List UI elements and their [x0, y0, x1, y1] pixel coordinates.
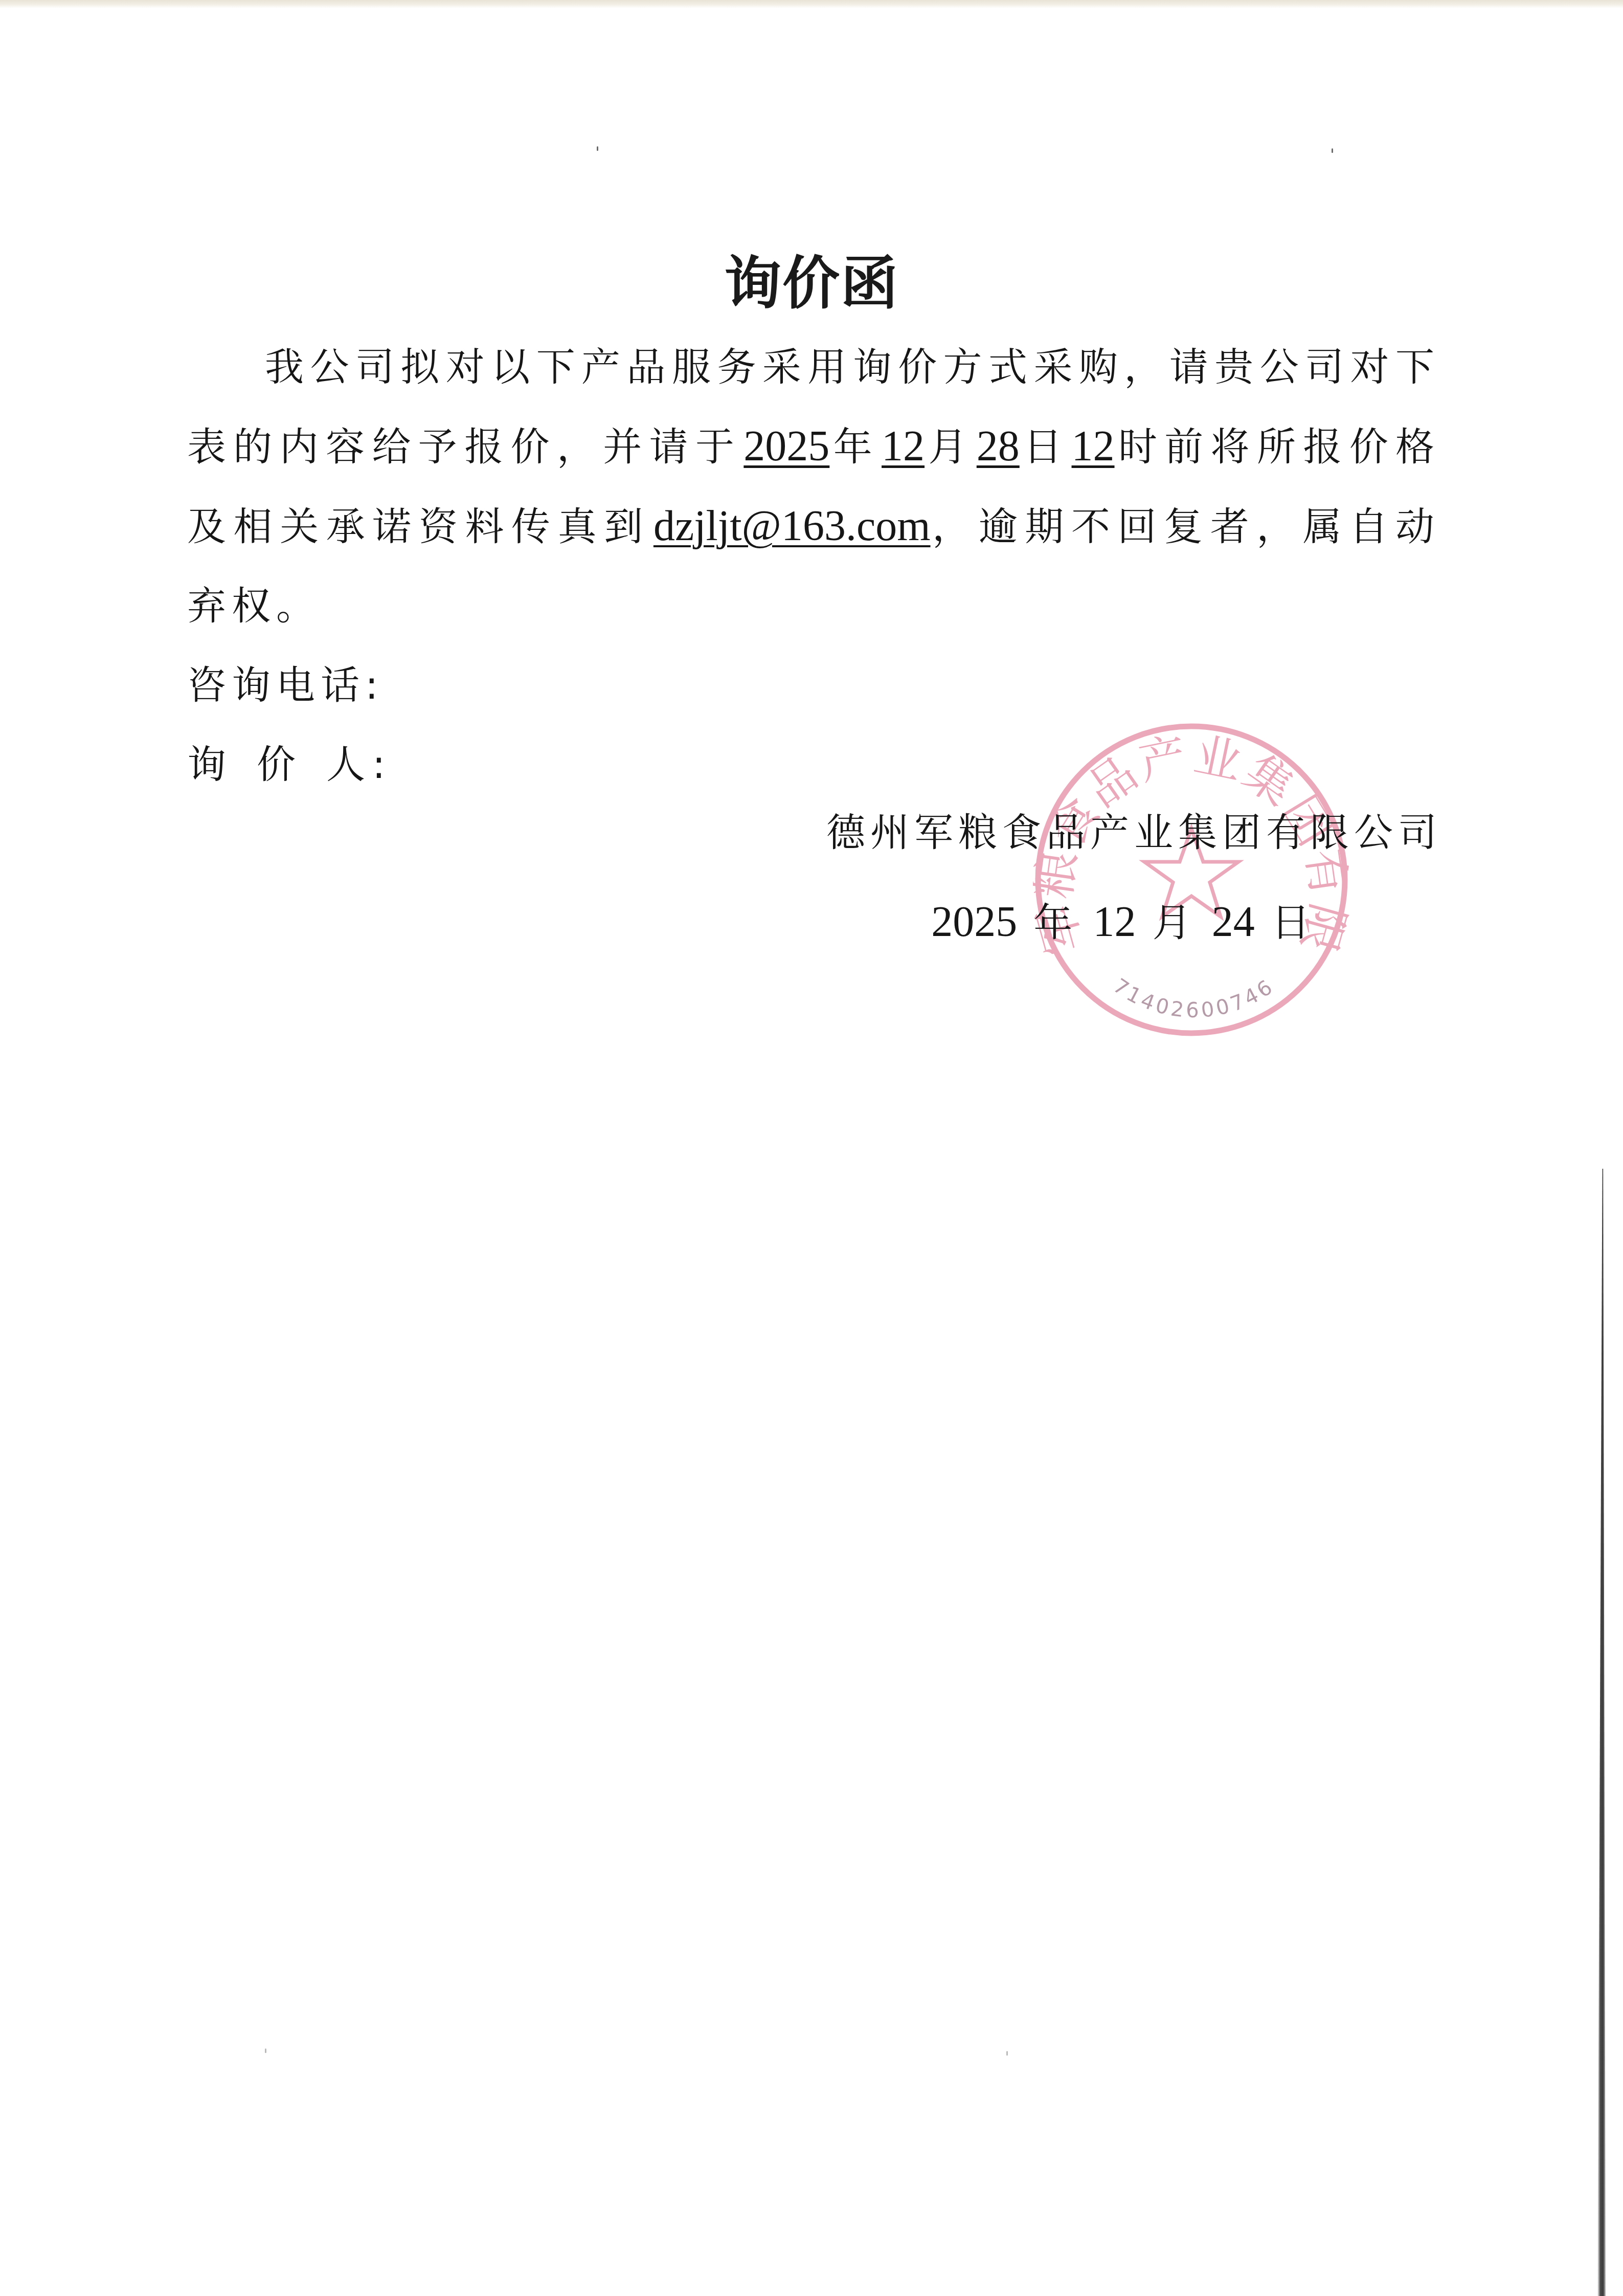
inquirer-label-char: 人 [326, 742, 372, 787]
scan-border-right [1597, 1169, 1606, 2296]
year-unit: 年 [831, 424, 880, 470]
date-month: 12 [1093, 898, 1136, 946]
document-title: 询价函 [0, 248, 1623, 320]
phone-field: 咨询电话: [187, 645, 1440, 725]
month-unit: 月 [927, 424, 975, 470]
date-month-unit: 月 [1153, 900, 1196, 945]
date-day-unit: 日 [1271, 900, 1314, 945]
contact-email-link[interactable]: dzjljt@163.com [650, 502, 931, 550]
scan-speck [1006, 2051, 1008, 2056]
scan-speck [597, 146, 598, 151]
date-year-unit: 年 [1033, 900, 1076, 945]
inquirer-label-char: 询 [187, 742, 257, 787]
deadline-hour: 12 [1070, 422, 1117, 470]
inquirer-label-char: 价 [257, 742, 326, 787]
deadline-year: 2025 [741, 422, 831, 470]
inquirer-colon: : [372, 742, 391, 787]
deadline-month: 12 [880, 422, 927, 470]
date-day: 24 [1212, 898, 1255, 946]
deadline-day: 28 [975, 422, 1022, 470]
date-year: 2025 [931, 898, 1017, 946]
phone-label: 咨询电话: [187, 662, 384, 708]
signature-block: 德州军粮食品产业集团有限公司 2025 年 12 月 24 日 [818, 788, 1442, 967]
scan-border-top [0, 0, 1623, 8]
inquiry-paragraph: 我公司拟对以下产品服务采用询价方式采购，请贵公司对下表的内容给予报价，并请于20… [187, 327, 1440, 645]
scan-speck [1332, 148, 1333, 153]
signature-company-name: 德州军粮食品产业集团有限公司 [818, 788, 1442, 877]
scan-speck [265, 2048, 266, 2053]
signature-date: 2025 年 12 月 24 日 [818, 877, 1442, 967]
day-unit: 日 [1022, 424, 1070, 470]
